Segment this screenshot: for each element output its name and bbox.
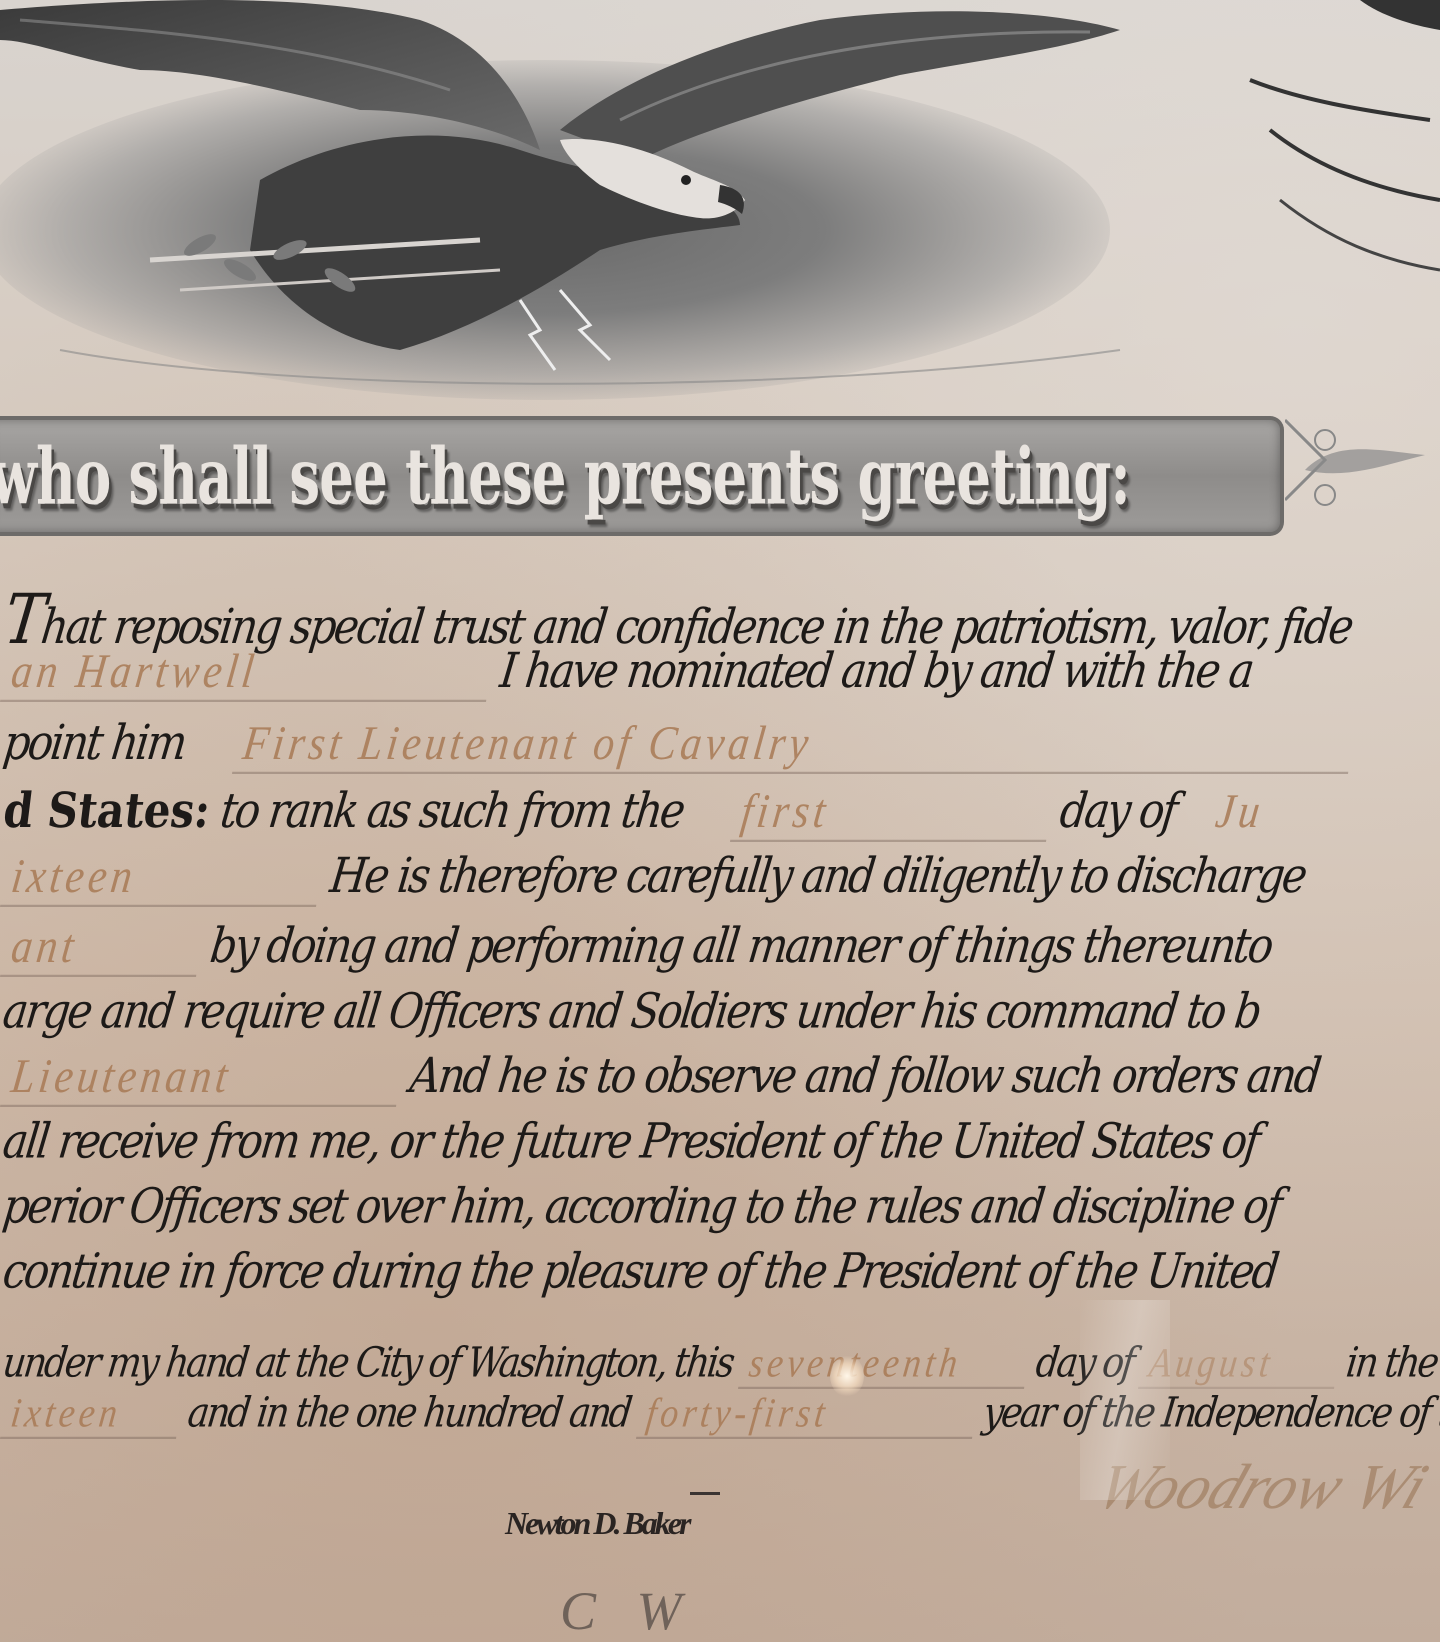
- filled-day: first: [730, 785, 1053, 843]
- text-line-12: under my hand at the City of Washington,…: [0, 1338, 1440, 1389]
- filled-rank: First Lieutenant of Cavalry: [232, 717, 1355, 775]
- filled-name: an Hartwell: [0, 645, 493, 703]
- filled-office: ant: [0, 920, 203, 978]
- signature-overline: [690, 1492, 720, 1495]
- text-line-13: ixteen and in the one hundred and forty-…: [0, 1388, 1440, 1439]
- light-glare: [830, 1355, 864, 1397]
- countersign-signature: Newton D. Baker: [505, 1505, 688, 1542]
- filled-office-2: Lieutenant: [0, 1050, 403, 1108]
- greeting-banner: who shall see these presents greeting:: [0, 416, 1284, 536]
- eagle-engraving-icon: [0, 0, 1160, 400]
- decorative-flourish-icon: [1240, 0, 1440, 300]
- text-line-8: Lieutenant And he is to observe and foll…: [0, 1047, 1322, 1107]
- text-line-5: ixteen He is therefore carefully and dil…: [0, 847, 1308, 907]
- text-line-11: continue in force during the pleasure of…: [0, 1243, 1280, 1299]
- text-line-2: an Hartwell I have nominated and by and …: [0, 642, 1255, 702]
- banner-ornament-icon: [1285, 400, 1435, 540]
- text-line-10: perior Officers set over him, according …: [0, 1178, 1283, 1234]
- text-line-3: point him First Lieutenant of Cavalry: [0, 714, 1355, 774]
- glass-reflection: [1080, 1300, 1170, 1500]
- text-line-6: ant by doing and performing all manner o…: [0, 917, 1274, 977]
- text-line-4: d States: to rank as such from the first…: [0, 782, 1267, 842]
- filled-date-year: ixteen: [0, 1388, 182, 1439]
- partial-signature-flourish: C W: [560, 1580, 682, 1642]
- text-line-7: arge and require all Officers and Soldie…: [0, 983, 1263, 1039]
- filled-date-day: seventeenth: [738, 1338, 1030, 1389]
- text-line-9: all receive from me, or the future Presi…: [0, 1113, 1261, 1169]
- filled-month: Ju: [1213, 786, 1267, 839]
- filled-independence-year: forty-first: [636, 1388, 978, 1439]
- greeting-banner-text: who shall see these presents greeting:: [0, 430, 1130, 521]
- filled-year-word: ixteen: [0, 850, 323, 908]
